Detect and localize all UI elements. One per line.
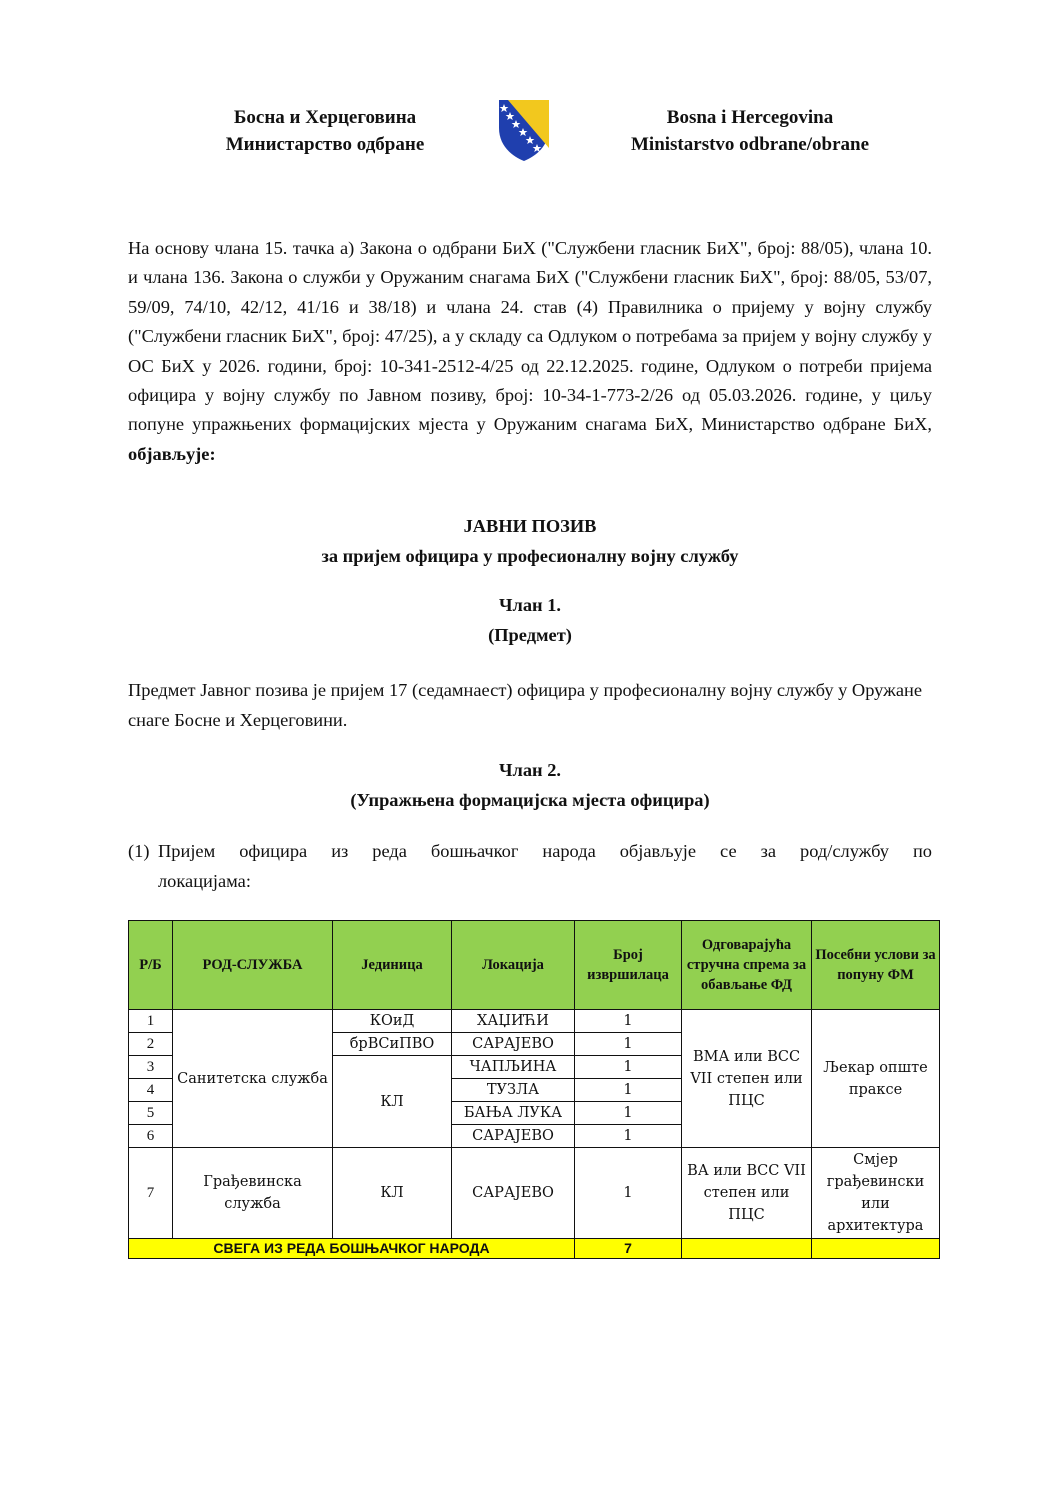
ministry-name-latin: Ministarstvo odbrane/obrane: [600, 131, 900, 158]
cell-unit: брВСиПВО: [333, 1033, 452, 1056]
article-1-subject: (Предмет): [128, 621, 932, 651]
cell-education: ВА или ВСС VII степен или ПЦС: [682, 1148, 812, 1239]
cell-location: САРАЈЕВО: [452, 1125, 575, 1148]
cell-count: 1: [575, 1102, 682, 1125]
cell-count: 1: [575, 1079, 682, 1102]
col-header-conditions: Посебни услови за попуну ФМ: [812, 921, 940, 1010]
col-header-count: Број извршилаца: [575, 921, 682, 1010]
ministry-name-cyrillic: Министарство одбране: [200, 131, 450, 158]
cell-rb: 1: [129, 1010, 173, 1033]
document-title: ЈАВНИ ПОЗИВ за пријем официра у професио…: [128, 512, 932, 571]
cell-service: Грађевинска служба: [173, 1148, 333, 1239]
item-text-line1: Пријем официра из реда бошњачког народа …: [158, 837, 932, 867]
cell-conditions: Смјер грађевински или архитектура: [812, 1148, 940, 1239]
cell-rb: 6: [129, 1125, 173, 1148]
article-2-number: Члан 2.: [128, 756, 932, 786]
bih-coat-of-arms-icon: [496, 98, 552, 162]
cell-unit: КЛ: [333, 1056, 452, 1148]
item-text-rest: локацијама:: [158, 871, 251, 891]
article-1-body: Предмет Јавног позива је пријем 17 (седа…: [128, 676, 934, 735]
cell-unit: КЛ: [333, 1148, 452, 1239]
cell-location: САРАЈЕВО: [452, 1148, 575, 1239]
table-total-row: СВЕГА ИЗ РЕДА БОШЊАЧКОГ НАРОДА 7: [129, 1239, 940, 1259]
letterhead-latin: Bosna i Hercegovina Ministarstvo odbrane…: [600, 104, 900, 158]
title-subtitle: за пријем официра у професионалну војну …: [128, 542, 932, 572]
intro-paragraph: На основу члана 15. тачка а) Закона о од…: [128, 234, 932, 469]
col-header-rb: Р/Б: [129, 921, 173, 1010]
col-header-location: Локација: [452, 921, 575, 1010]
letterhead-cyrillic: Босна и Херцеговина Министарство одбране: [200, 104, 450, 158]
article-2-subject: (Упражњена формацијска мјеста официра): [128, 786, 932, 816]
col-header-unit: Јединица: [333, 921, 452, 1010]
cell-location: БАЊА ЛУКА: [452, 1102, 575, 1125]
article-1-heading: Члан 1. (Предмет): [128, 591, 932, 650]
country-name-cyrillic: Босна и Херцеговина: [200, 104, 450, 131]
cell-location: САРАЈЕВО: [452, 1033, 575, 1056]
cell-location: ЧАПЉИНА: [452, 1056, 575, 1079]
article-2-heading: Члан 2. (Упражњена формацијска мјеста оф…: [128, 756, 932, 815]
cell-rb: 3: [129, 1056, 173, 1079]
intro-text: На основу члана 15. тачка а) Закона о од…: [128, 238, 932, 434]
cell-education: ВМА или ВСС VII степен или ПЦС: [682, 1010, 812, 1148]
cell-conditions: Љекар опште праксе: [812, 1010, 940, 1148]
table-row: 1 Санитетска служба КОиД ХАЏИЋИ 1 ВМА ил…: [129, 1010, 940, 1033]
cell-service: Санитетска служба: [173, 1010, 333, 1148]
cell-count: 1: [575, 1125, 682, 1148]
item-number: (1): [128, 837, 149, 867]
col-header-education: Одговарајућа стручна спрема за обављање …: [682, 921, 812, 1010]
country-name-latin: Bosna i Hercegovina: [600, 104, 900, 131]
total-empty-education: [682, 1239, 812, 1259]
article-2-item-1: (1) Пријем официра из реда бошњачког нар…: [128, 837, 932, 896]
cell-location: ТУЗЛА: [452, 1079, 575, 1102]
cell-rb: 7: [129, 1148, 173, 1239]
cell-rb: 4: [129, 1079, 173, 1102]
letterhead: Босна и Херцеговина Министарство одбране…: [0, 98, 1058, 168]
table-header-row: Р/Б РОД-СЛУЖБА Јединица Локација Број из…: [129, 921, 940, 1010]
article-1-number: Члан 1.: [128, 591, 932, 621]
cell-count: 1: [575, 1010, 682, 1033]
cell-count: 1: [575, 1056, 682, 1079]
positions-table: Р/Б РОД-СЛУЖБА Јединица Локација Број из…: [128, 920, 940, 1259]
total-label: СВЕГА ИЗ РЕДА БОШЊАЧКОГ НАРОДА: [129, 1239, 575, 1259]
cell-count: 1: [575, 1033, 682, 1056]
title-main: ЈАВНИ ПОЗИВ: [128, 512, 932, 542]
table-row: 7 Грађевинска служба КЛ САРАЈЕВО 1 ВА ил…: [129, 1148, 940, 1239]
col-header-service: РОД-СЛУЖБА: [173, 921, 333, 1010]
intro-bold-tail: објављује:: [128, 444, 216, 464]
cell-rb: 5: [129, 1102, 173, 1125]
total-empty-conditions: [812, 1239, 940, 1259]
total-count: 7: [575, 1239, 682, 1259]
cell-unit: КОиД: [333, 1010, 452, 1033]
cell-rb: 2: [129, 1033, 173, 1056]
cell-count: 1: [575, 1148, 682, 1239]
cell-location: ХАЏИЋИ: [452, 1010, 575, 1033]
